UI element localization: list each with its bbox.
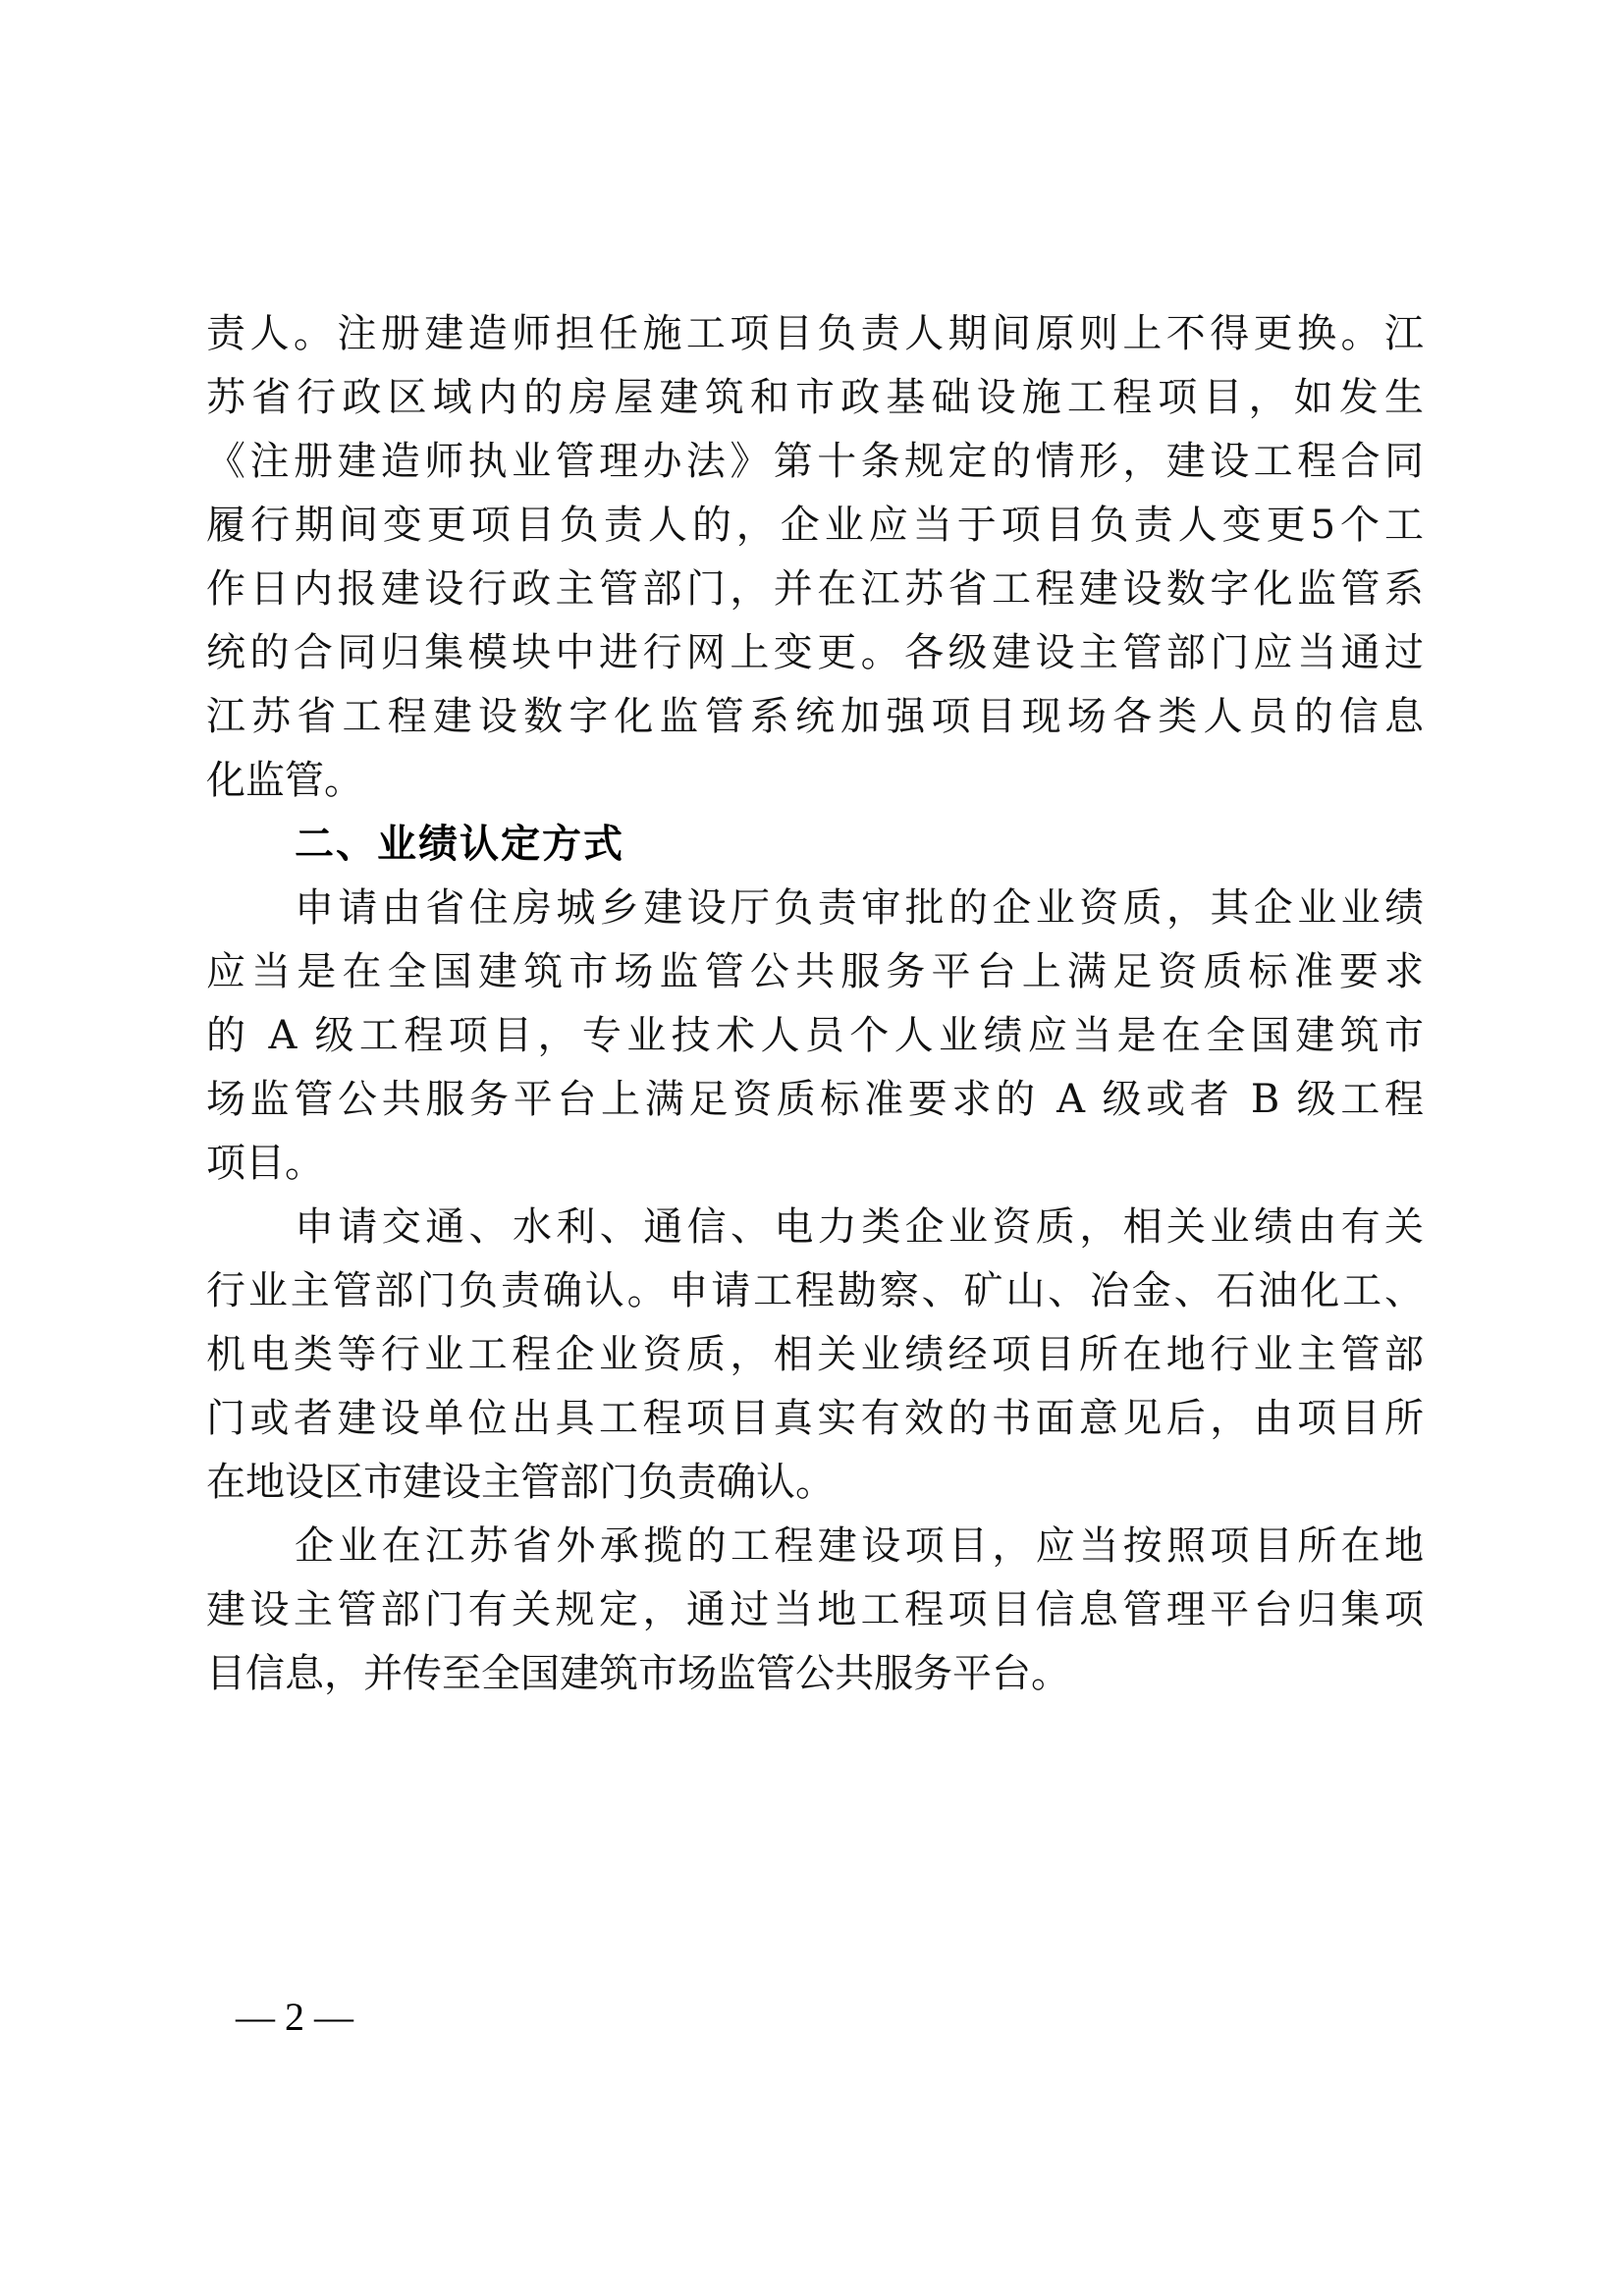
paragraph-1-line-4: 履行期间变更项目负责人的，企业应当于项目负责人变更5个工 <box>206 493 1424 558</box>
paragraph-3-line-1: 申请交通、水利、通信、电力类企业资质，相关业绩由有关 <box>295 1195 1424 1259</box>
paragraph-2-line-2: 应当是在全国建筑市场监管公共服务平台上满足资质标准要求 <box>206 939 1424 1004</box>
paragraph-1-line-8: 化监管。 <box>206 748 1424 813</box>
section-heading: 二、业绩认定方式 <box>295 812 624 877</box>
paragraph-1-line-3: 《注册建造师执业管理办法》第十条规定的情形，建设工程合同 <box>206 429 1424 494</box>
paragraph-2-line-1: 申请由省住房城乡建设厅负责审批的企业资质，其企业业绩 <box>295 876 1424 940</box>
document-page: 责人。注册建造师担任施工项目负责人期间原则上不得更换。江 苏省行政区域内的房屋建… <box>0 0 1624 2296</box>
paragraph-4-line-1: 企业在江苏省外承揽的工程建设项目，应当按照项目所在地 <box>295 1514 1424 1578</box>
paragraph-2-line-4: 场监管公共服务平台上满足资质标准要求的 A 级或者 B 级工程 <box>206 1067 1424 1132</box>
paragraph-4-line-3: 目信息，并传至全国建筑市场监管公共服务平台。 <box>206 1641 1424 1706</box>
paragraph-3-line-5: 在地设区市建设主管部门负责确认。 <box>206 1450 1424 1515</box>
page-number: — 2 — <box>236 1993 353 2042</box>
paragraph-2-line-3: 的 A 级工程项目，专业技术人员个人业绩应当是在全国建筑市 <box>206 1003 1424 1068</box>
paragraph-1-line-1: 责人。注册建造师担任施工项目负责人期间原则上不得更换。江 <box>206 301 1424 366</box>
paragraph-1-line-5: 作日内报建设行政主管部门，并在江苏省工程建设数字化监管系 <box>206 557 1424 621</box>
paragraph-1-line-6: 统的合同归集模块中进行网上变更。各级建设主管部门应当通过 <box>206 620 1424 685</box>
paragraph-4-line-2: 建设主管部门有关规定，通过当地工程项目信息管理平台归集项 <box>206 1577 1424 1642</box>
paragraph-2-line-5: 项目。 <box>206 1131 1424 1196</box>
paragraph-3-line-3: 机电类等行业工程企业资质，相关业绩经项目所在地行业主管部 <box>206 1322 1424 1387</box>
paragraph-1-line-2: 苏省行政区域内的房屋建筑和市政基础设施工程项目，如发生 <box>206 365 1424 430</box>
paragraph-1-line-7: 江苏省工程建设数字化监管系统加强项目现场各类人员的信息 <box>206 684 1424 749</box>
paragraph-3-line-2: 行业主管部门负责确认。申请工程勘察、矿山、冶金、石油化工、 <box>206 1258 1424 1323</box>
paragraph-3-line-4: 门或者建设单位出具工程项目真实有效的书面意见后，由项目所 <box>206 1386 1424 1451</box>
